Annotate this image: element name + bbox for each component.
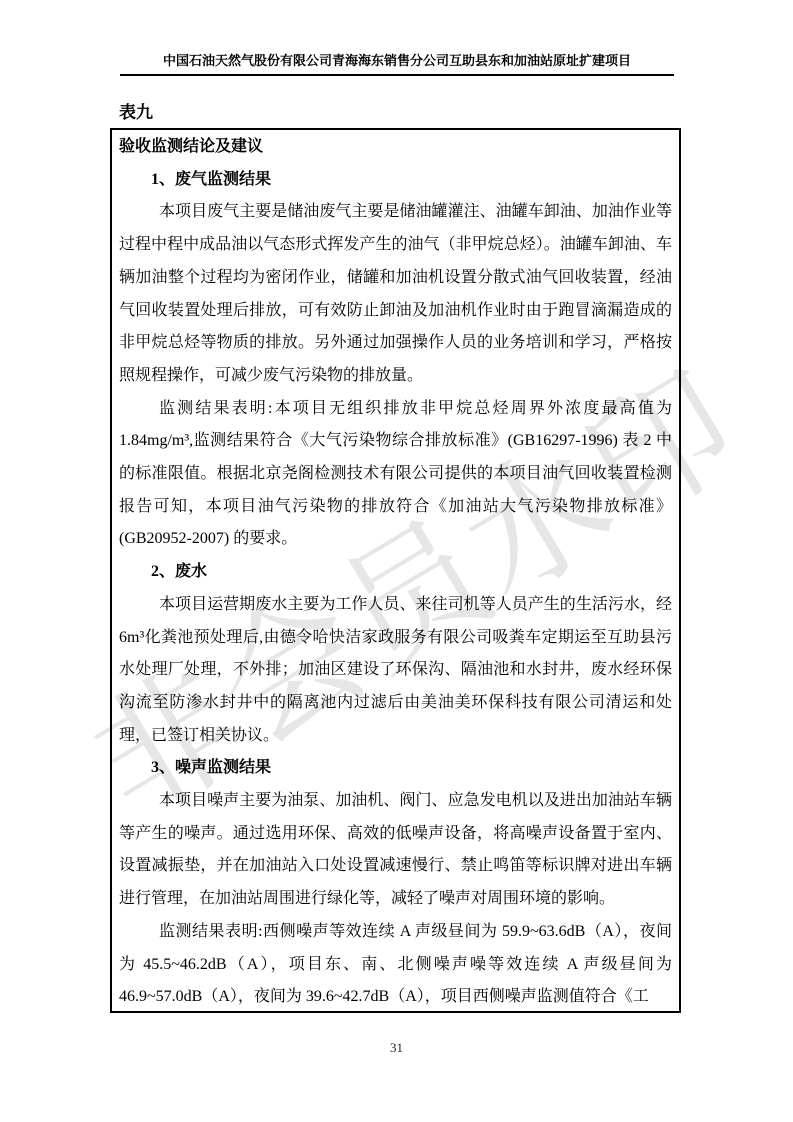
paragraph: 本项目运营期废水主要为工作人员、来往司机等人员产生的生活污水，经 6m³化粪池预… (119, 589, 672, 753)
section-heading: 3、噪声监测结果 (119, 752, 672, 785)
page-header-title: 中国石油天然气股份有限公司青海海东销售分公司互助县东和加油站原址扩建项目 (120, 50, 674, 76)
box-paragraphs: 1、废气监测结果本项目废气主要是储油废气主要是储油罐灌注、油罐车卸油、加油作业等… (119, 164, 672, 1014)
paragraph: 本项目废气主要是储油废气主要是储油罐灌注、油罐车卸油、加油作业等过程中程中成品油… (119, 196, 672, 392)
page-number: 31 (0, 1040, 793, 1056)
conclusion-table-box: 验收监测结论及建议 1、废气监测结果本项目废气主要是储油废气主要是储油罐灌注、油… (110, 128, 681, 1013)
document-page: { "header": { "title": "中国石油天然气股份有限公司青海海… (0, 0, 793, 1122)
section-heading: 2、废水 (119, 556, 672, 589)
paragraph: 监测结果表明:本项目无组织排放非甲烷总烃周界外浓度最高值为 1.84mg/m³,… (119, 393, 672, 557)
box-title: 验收监测结论及建议 (119, 131, 672, 164)
section-heading: 1、废气监测结果 (119, 164, 672, 197)
paragraph: 本项目噪声主要为油泵、加油机、阀门、应急发电机以及进出加油站车辆等产生的噪声。通… (119, 785, 672, 916)
table-label: 表九 (119, 98, 153, 123)
paragraph: 监测结果表明:西侧噪声等效连续 A 声级昼间为 59.9~63.6dB（A），夜… (119, 916, 672, 1014)
